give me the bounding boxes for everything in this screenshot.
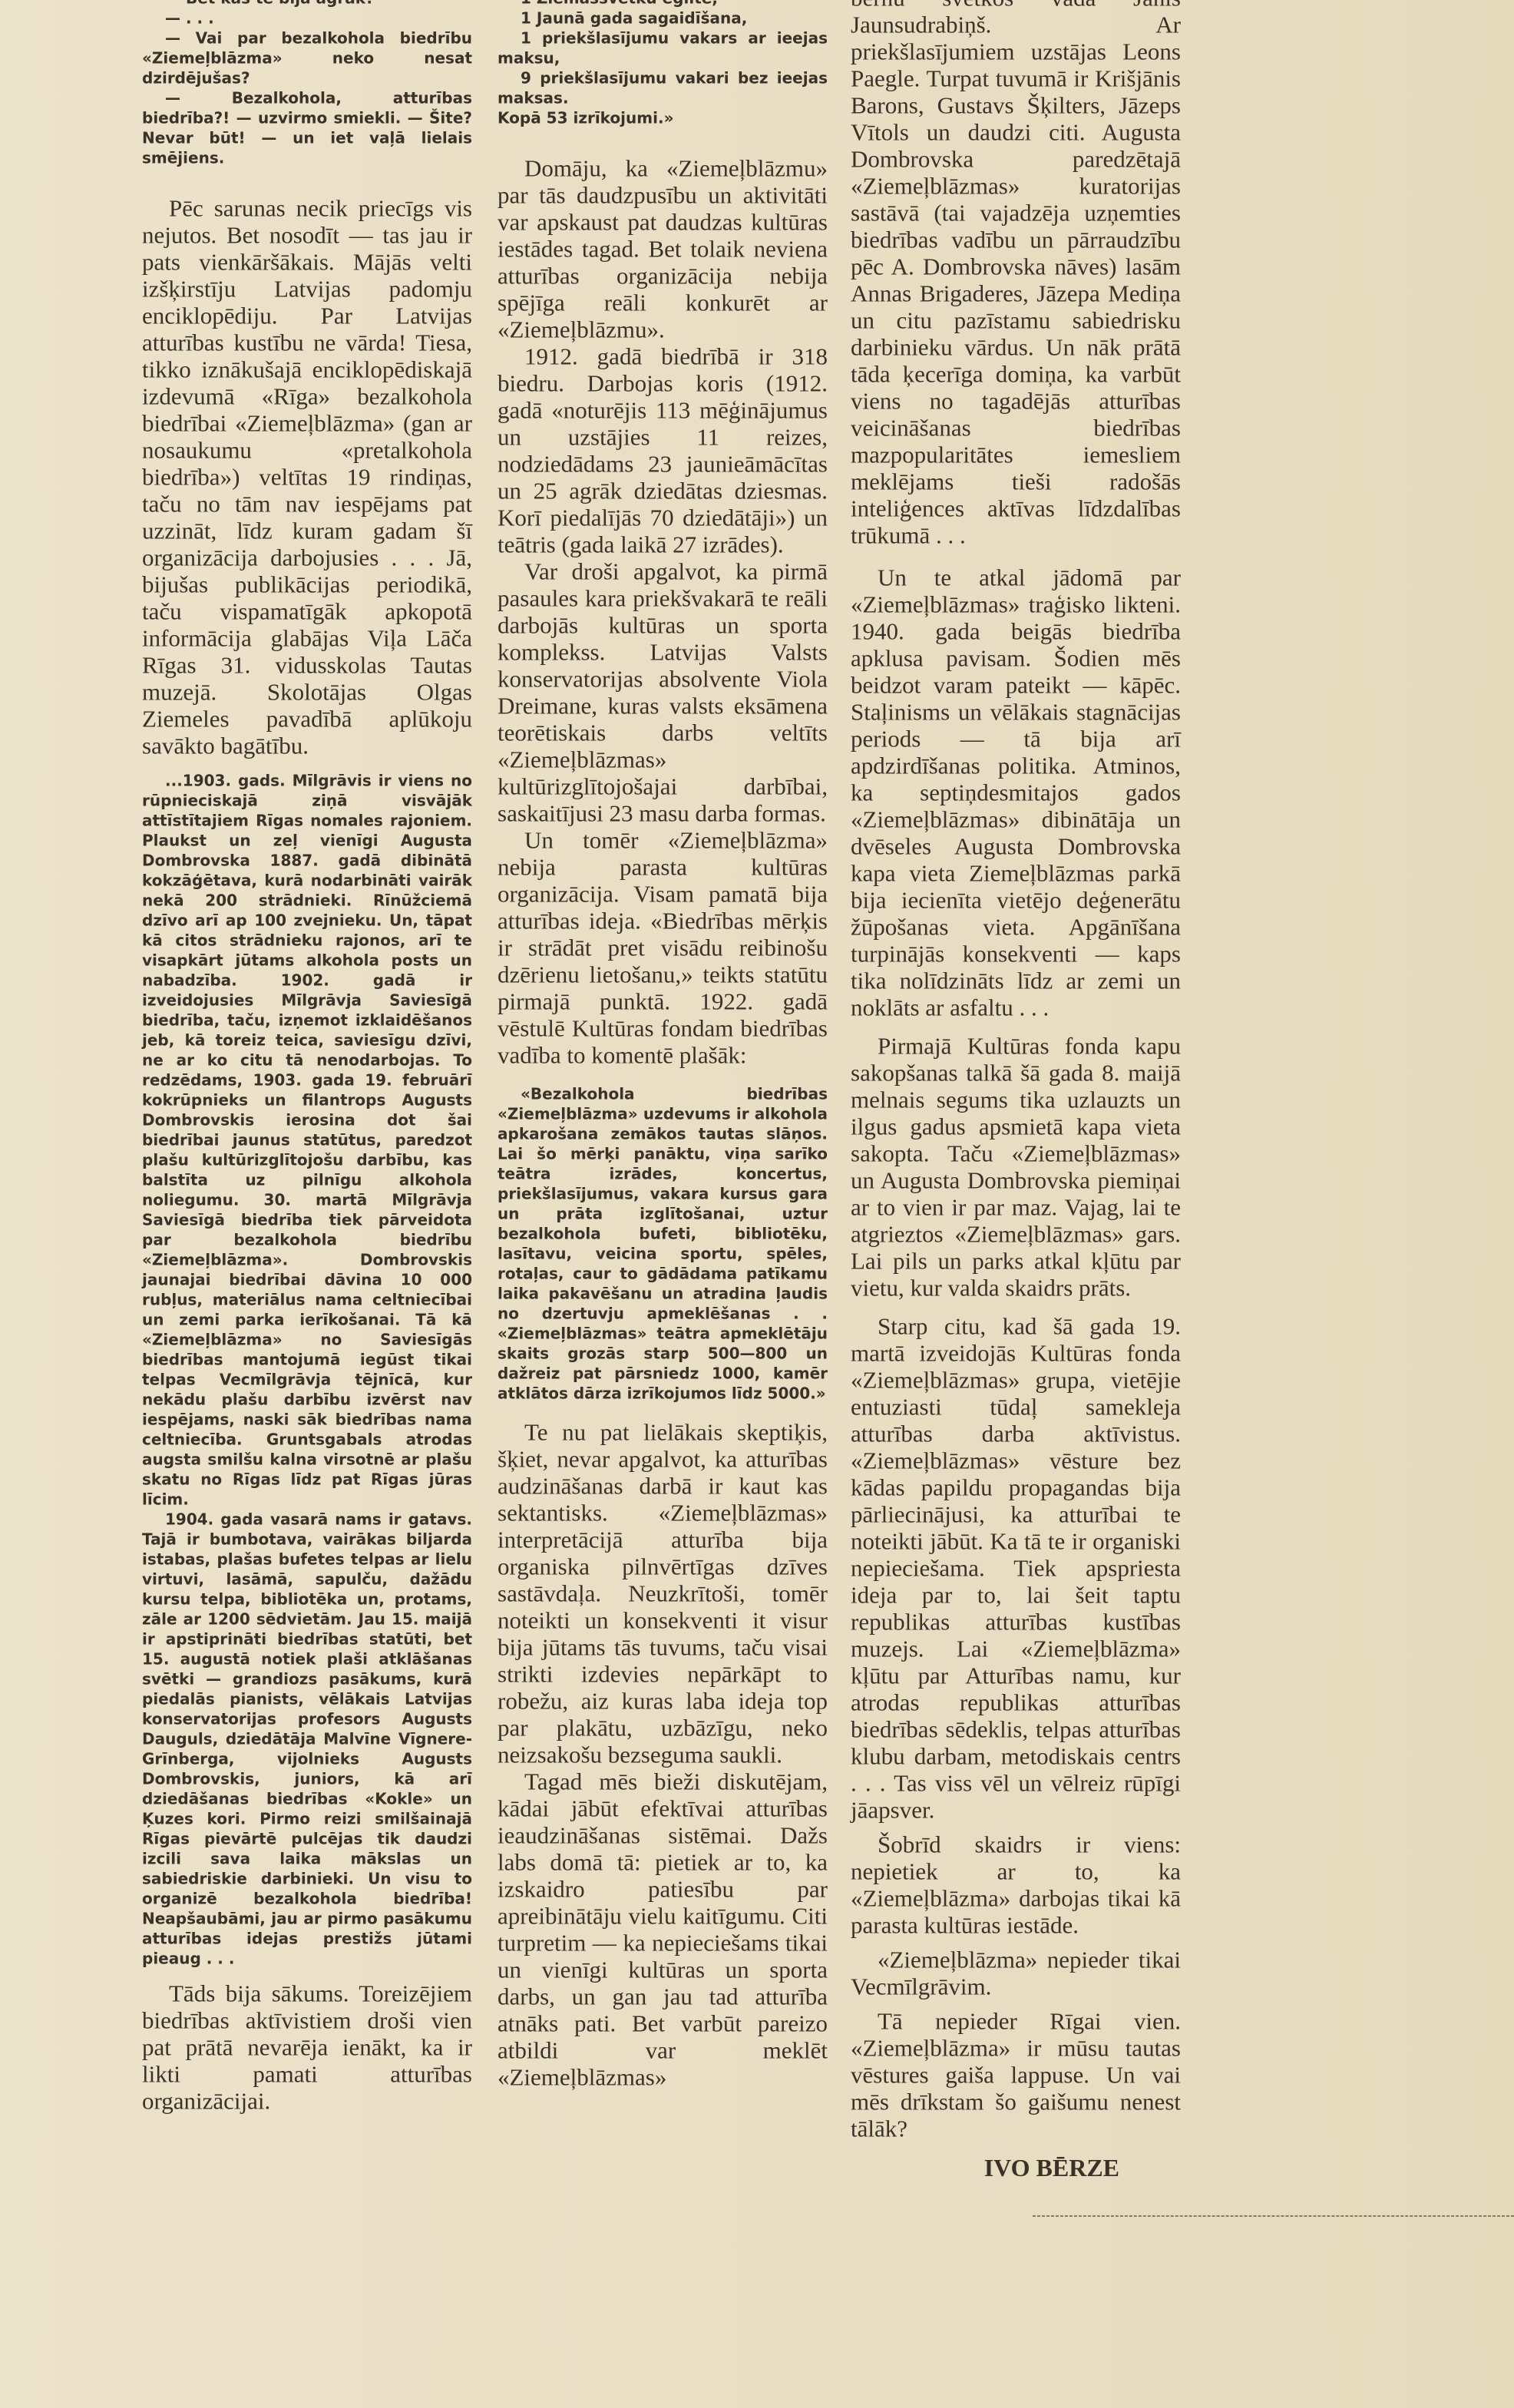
dialogue-line: — . . . xyxy=(142,8,472,28)
paragraph: 1912. gadā biedrībā ir 318 biedru. Darbo… xyxy=(498,343,828,558)
author-signature: IVO BĒRZE xyxy=(851,2154,1181,2182)
paragraph: bērnu svētkos vada Jānis Jaunsudrabiņš. … xyxy=(851,0,1181,549)
list-item: 1 Ziemassvētku eglīte, xyxy=(498,0,828,8)
paragraph: Tagad mēs bieži diskutējam, kādai jābūt … xyxy=(498,1768,828,2091)
quote: «Bezalkohola biedrības «Ziemeļblāzma» uz… xyxy=(498,1084,828,1404)
list-item: 1 priekšlasījumu vakars ar ieejas maksu, xyxy=(498,28,828,68)
paragraph: Pirmajā Kultūras fonda kapu sakopšanas t… xyxy=(851,1033,1181,1302)
dialogue-block: — Bet kas te bija agrāk? — . . . — Vai p… xyxy=(142,0,472,168)
column-3: bērnu svētkos vada Jānis Jaunsudrabiņš. … xyxy=(851,0,1181,2182)
cut-edge-divider xyxy=(1033,2215,1514,2217)
paragraph: Te nu pat lielākais skeptiķis, šķiet, ne… xyxy=(498,1419,828,1768)
paragraph: ...1903. gads. Mīlgrāvis ir viens no rūp… xyxy=(142,771,472,1510)
quote-block: «Bezalkohola biedrības «Ziemeļblāzma» uz… xyxy=(498,1084,828,1404)
paragraph: «Ziemeļblāzma» nepieder tikai Vecmīlgrāv… xyxy=(851,1947,1181,2000)
paragraph: Tāds bija sākums. Toreizējiem biedrības … xyxy=(142,1980,472,2115)
paragraph: Tā nepieder Rīgai vien. «Ziemeļblāzma» i… xyxy=(851,2008,1181,2142)
column-1: — Bet kas te bija agrāk? — . . . — Vai p… xyxy=(142,0,472,2115)
paragraph: Un tomēr «Ziemeļblāzma» nebija parasta k… xyxy=(498,827,828,1069)
paragraph: Un te atkal jādomā par «Ziemeļblāzmas» t… xyxy=(851,564,1181,1021)
paragraph: Var droši apgalvot, ka pirmā pasaules ka… xyxy=(498,558,828,827)
list-block: 1 Ziemassvētku eglīte, 1 Jaunā gada saga… xyxy=(498,0,828,128)
paragraph: 1904. gada vasarā nams ir gatavs. Tajā i… xyxy=(142,1510,472,1969)
paragraph: Pēc sarunas necik priecīgs vis nejutos. … xyxy=(142,195,472,759)
paragraph: Domāju, ka «Ziemeļblāzmu» par tās daudzp… xyxy=(498,155,828,343)
list-item: 9 priekšlasījumu vakari bez ieejas maksa… xyxy=(498,68,828,108)
column-2: 1 Ziemassvētku eglīte, 1 Jaunā gada saga… xyxy=(498,0,828,2091)
list-item: 1 Jaunā gada sagaidīšana, xyxy=(498,8,828,28)
paragraph: Starp citu, kad šā gada 19. martā izveid… xyxy=(851,1313,1181,1824)
paragraph: Šobrīd skaidrs ir viens: nepietiek ar to… xyxy=(851,1831,1181,1939)
history-block: ...1903. gads. Mīlgrāvis ir viens no rūp… xyxy=(142,771,472,1969)
dialogue-line: — Vai par bezalkohola biedrību «Ziemeļbl… xyxy=(142,28,472,88)
dialogue-line: — Bezalkohola, atturības biedrība?! — uz… xyxy=(142,88,472,168)
list-total: Kopā 53 izrīkojumi.» xyxy=(498,108,828,128)
dialogue-line: — Bet kas te bija agrāk? xyxy=(142,0,472,8)
